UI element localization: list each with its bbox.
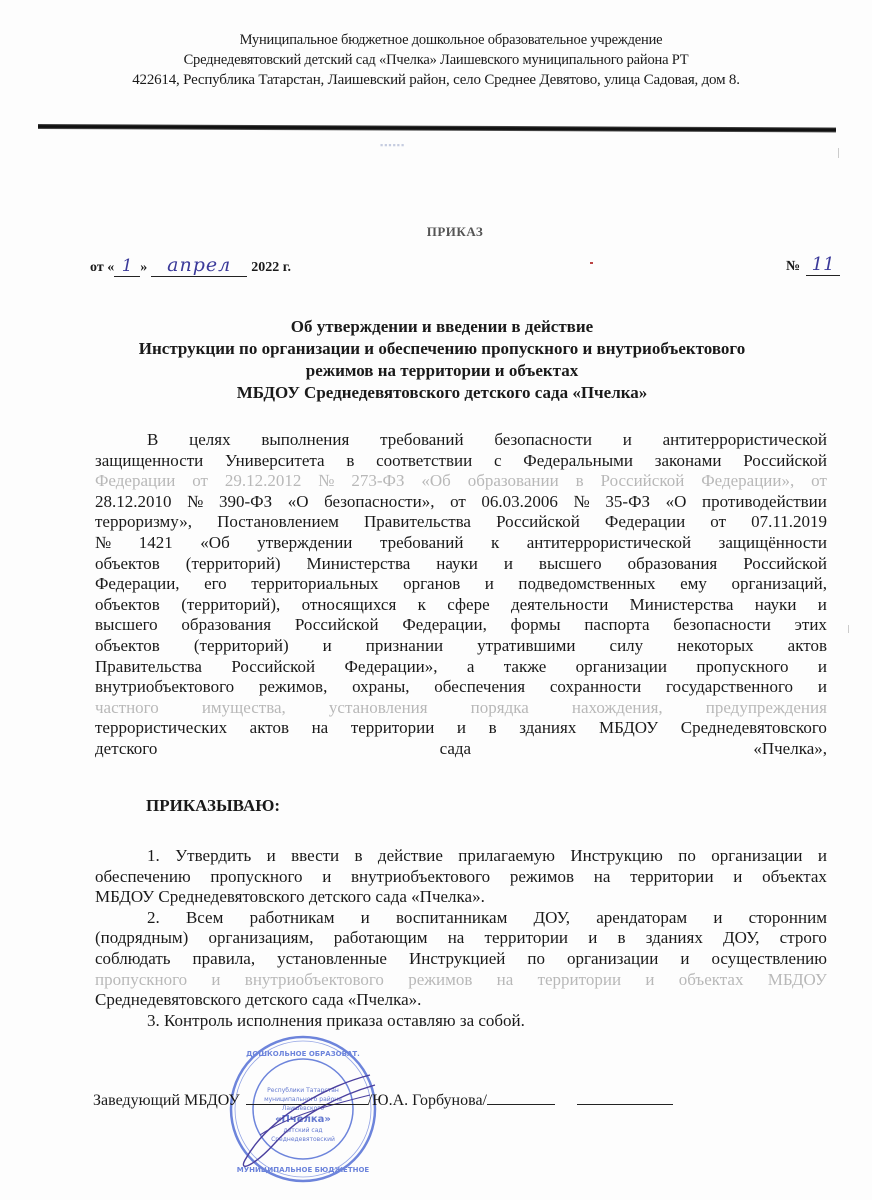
word: действие [378, 846, 443, 867]
word: на [497, 970, 514, 991]
order-title: ПРИКАЗ [0, 224, 872, 240]
item-2-line: Среднедевятовского детского сада «Пчелка… [95, 990, 827, 1011]
date-year: 2022 г. [251, 260, 291, 276]
word: Правительства [95, 657, 202, 678]
word: установленные [277, 949, 387, 970]
org-address-line: 422614, Республика Татарстан, Лаишевский… [0, 70, 872, 90]
word: в [618, 928, 626, 949]
word: В [147, 430, 158, 451]
word: и [211, 970, 220, 991]
word: порядка [471, 698, 529, 719]
word: № [318, 471, 334, 492]
word: МБДОУ [599, 718, 658, 739]
word: образовании [468, 471, 559, 492]
text-line: внутриобъектовогорежимов,охраны,обеспече… [95, 677, 827, 698]
scan-artifact [838, 148, 839, 158]
word: целях [189, 430, 230, 451]
word: Постановлением [217, 512, 339, 533]
word: Российской [601, 471, 685, 492]
word: науки [436, 554, 478, 575]
word: Федерации, [95, 574, 180, 595]
word: паспорта [584, 615, 649, 636]
scan-artifact [848, 625, 849, 633]
word: Российской [743, 554, 827, 575]
text-line: высшегообразованияРоссийскойФедерации,фо… [95, 615, 827, 636]
item-1-line: 1.УтвердитьиввестивдействиеприлагаемуюИн… [95, 846, 827, 867]
letterhead-divider [38, 124, 836, 132]
text-line: Федерации,еготерриториальныхоргановиподв… [95, 574, 827, 595]
text-line: Федерацииот29.12.2012№273-ФЗ«Обобразован… [95, 471, 827, 492]
date-month-handwritten: апрел [151, 254, 247, 277]
word: соответствии [376, 451, 472, 472]
word: на [312, 718, 329, 739]
word: (подрядным) [95, 928, 188, 949]
word: по [527, 949, 545, 970]
text-line: детского сада «Пчелка», [95, 739, 827, 760]
word: Среднедевятовского [681, 718, 827, 739]
word: в [576, 471, 584, 492]
word: террористических [95, 718, 227, 739]
word: Федерации», [701, 471, 794, 492]
subject-line: режимов на территории и объектах [12, 360, 872, 382]
word: (территорий) [186, 554, 281, 575]
item-2-line: 2.ВсемработникамивоспитанникамДОУ,аренда… [95, 908, 827, 929]
word: Федерации [95, 471, 175, 492]
word: и [323, 636, 332, 657]
text-line: террористическихактовнатерриторииивздани… [95, 718, 827, 739]
word: и [485, 574, 494, 595]
word: ему [680, 574, 707, 595]
text-line: Вцеляхвыполнениятребованийбезопасностииа… [95, 430, 827, 451]
word: высшего [539, 554, 602, 575]
org-subname-line: Среднедевятовский детский сад «Пчелка» Л… [0, 50, 872, 70]
word: от [710, 512, 726, 533]
word: безопасности», [324, 492, 434, 513]
word: осуществлению [711, 949, 827, 970]
word: и [623, 430, 632, 451]
word: силу [610, 636, 644, 657]
word: 28.12.2010 [95, 492, 172, 513]
order-number: № 11 [786, 254, 840, 276]
word: предупреждения [706, 698, 827, 719]
word: 1421 [139, 533, 173, 554]
date-day-handwritten: 1 [114, 256, 140, 277]
word: имущества, [202, 698, 286, 719]
word: сфере [447, 595, 489, 616]
word: «О [288, 492, 309, 513]
word: внутриобъектового [351, 867, 490, 888]
word: строго [780, 928, 827, 949]
word: образования [181, 615, 271, 636]
word: № [574, 492, 590, 513]
word: терроризму», [95, 512, 192, 533]
word: «Об [200, 533, 229, 554]
word: законами [655, 451, 722, 472]
word: и [680, 949, 689, 970]
word: «О [666, 492, 687, 513]
word: деятельности [511, 595, 608, 616]
order-date: от « 1 » апрел 2022 г. [90, 254, 291, 277]
text-line-content: Среднедевятовского детского сада «Пчелка… [95, 990, 421, 1009]
number-label: № [786, 259, 800, 275]
order-directive-heading: ПРИКАЗЫВАЮ: [146, 796, 280, 816]
word: также [504, 657, 547, 678]
word: Инструкцию [570, 846, 663, 867]
word: Российской [743, 451, 827, 472]
word: утратившими [477, 636, 575, 657]
text-line: объектов(территорий),относящихсяксфереде… [95, 595, 827, 616]
word: а [467, 657, 475, 678]
date-prefix: от « [90, 260, 114, 276]
stray-mark [590, 262, 593, 264]
word: ввести [291, 846, 339, 867]
word: и [818, 846, 827, 867]
word: признании [366, 636, 443, 657]
word: противодействии [702, 492, 827, 513]
word: Российской [231, 657, 315, 678]
word: и [818, 657, 827, 678]
item-2-line: пропускногоивнутриобъектовогорежимовнате… [95, 970, 827, 991]
word: прилагаемую [458, 846, 555, 867]
word: Инструкцией [409, 949, 505, 970]
word: к [418, 595, 426, 616]
word: актов [250, 718, 289, 739]
word: объектов [95, 636, 160, 657]
word: на [448, 928, 465, 949]
order-items: 1.УтвердитьиввестивдействиеприлагаемуюИн… [95, 846, 827, 1031]
word: и [645, 970, 654, 991]
word: режимов, [259, 677, 327, 698]
word: и [818, 677, 827, 698]
word: этих [795, 615, 827, 636]
word: 273-ФЗ [351, 471, 404, 492]
word: ДОУ, [723, 928, 759, 949]
word: Федерации, [402, 615, 487, 636]
word: государственного [666, 677, 793, 698]
text-line-content: МБДОУ Среднедевятовского детского сада «… [95, 887, 485, 906]
word: относящихся [302, 595, 397, 616]
word: Федерации», [344, 657, 437, 678]
word: территории [351, 718, 434, 739]
word: организаций, [731, 574, 827, 595]
subject-line: МБДОУ Среднедевятовского детского сада «… [12, 382, 872, 404]
signature-row: Заведующий МБДОУ /Ю.А. Горбунова/ [93, 1090, 813, 1110]
word: ДОУ, [534, 908, 570, 929]
item-2-line: соблюдатьправила,установленныеИнструкцие… [95, 949, 827, 970]
word: территории [485, 928, 568, 949]
word: арендаторам [596, 908, 687, 929]
word: организации [567, 949, 658, 970]
handwritten-signature-icon [230, 1065, 380, 1175]
word: Всем [186, 908, 223, 929]
word: пропускного [210, 867, 302, 888]
word: объектов [95, 595, 160, 616]
text-line: 28.12.2010№390-ФЗ«Обезопасности»,от06.03… [95, 492, 827, 513]
word: в [489, 718, 497, 739]
word: (территорий) [194, 636, 289, 657]
word: режимов [408, 970, 472, 991]
signatory-position: Заведующий МБДОУ [93, 1092, 240, 1110]
word: объектах [679, 970, 744, 991]
word: пропускного [696, 657, 788, 678]
word: и [713, 908, 722, 929]
word: Министерства [630, 595, 734, 616]
org-name-line: Муниципальное бюджетное дошкольное образ… [0, 30, 872, 50]
word: Федерации [605, 512, 685, 533]
word: № [95, 533, 111, 554]
word: от [811, 471, 827, 492]
word: утверждении [257, 533, 352, 554]
word: 2. [147, 908, 160, 929]
word: 07.11.2019 [751, 512, 827, 533]
item-2-line: (подрядным)организациям,работающимнатерр… [95, 928, 827, 949]
signature-blank [246, 1090, 368, 1105]
word: в [346, 451, 354, 472]
subject-line: Инструкции по организации и обеспечению … [12, 338, 872, 360]
word: по [678, 846, 696, 867]
text-line-content: детского сада «Пчелка», [95, 739, 827, 758]
word: от [450, 492, 466, 513]
date-mid: » [140, 260, 147, 276]
word: обеспечения [434, 677, 525, 698]
word: и [588, 928, 597, 949]
word: соблюдать [95, 949, 171, 970]
word: 06.03.2006 [481, 492, 558, 513]
word: 390-ФЗ [219, 492, 272, 513]
word: антитеррористической [527, 533, 691, 554]
word: сохранности [550, 677, 641, 698]
subject-line: Об утверждении и введении в действие [12, 316, 872, 338]
word: 35-ФЗ [605, 492, 650, 513]
word: объектах [762, 867, 827, 888]
word: защищенности [95, 451, 203, 472]
text-line-content: 3. Контроль исполнения приказа оставляю … [147, 1011, 525, 1030]
text-line: ПравительстваРоссийскойФедерации»,атакже… [95, 657, 827, 678]
word: Российской [295, 615, 379, 636]
word: установления [329, 698, 428, 719]
text-line: объектов(территорий)Министерстванаукиивы… [95, 554, 827, 575]
word: режимов [510, 867, 574, 888]
word: защищённости [719, 533, 827, 554]
item-1-line: обеспечениюпропускногоивнутриобъектового… [95, 867, 827, 888]
word: выполнения [261, 430, 349, 451]
word: безопасности [673, 615, 771, 636]
word: и [457, 718, 466, 739]
word: безопасности [494, 430, 592, 451]
word: организациям, [209, 928, 314, 949]
document-page: Муниципальное бюджетное дошкольное образ… [0, 0, 872, 1200]
word: и [818, 595, 827, 616]
word: зданиях [646, 928, 703, 949]
word: территории [630, 867, 713, 888]
word: от [192, 471, 208, 492]
word: и [267, 846, 276, 867]
word: актов [788, 636, 827, 657]
number-handwritten: 11 [806, 254, 840, 276]
word: Университета [225, 451, 325, 472]
word: охраны, [352, 677, 409, 698]
word: частного [95, 698, 159, 719]
word: и [733, 867, 742, 888]
word: подведомственных [518, 574, 655, 595]
word: и [322, 867, 331, 888]
word: образования [628, 554, 718, 575]
word: внутриобъектового [245, 970, 384, 991]
word: требований [380, 430, 463, 451]
word: антитеррористической [663, 430, 827, 451]
word: пропускного [95, 970, 187, 991]
word: Утвердить [175, 846, 251, 867]
word: воспитанникам [396, 908, 507, 929]
word: органов [403, 574, 460, 595]
word: требований [380, 533, 463, 554]
letterhead: Муниципальное бюджетное дошкольное образ… [0, 30, 872, 90]
word: Российской [496, 512, 580, 533]
word: территории [538, 970, 621, 991]
word: некоторых [677, 636, 753, 657]
word: зданиях [519, 718, 576, 739]
faint-bleed-mark: ▪▪▪▪▪▪ [380, 140, 405, 150]
word: правила, [193, 949, 256, 970]
order-subject: Об утверждении и введении в действие Инс… [0, 316, 872, 404]
word: (территорий), [181, 595, 280, 616]
word: обеспечению [95, 867, 191, 888]
word: и [504, 554, 513, 575]
svg-text:ДОШКОЛЬНОЕ ОБРАЗОВАТ.: ДОШКОЛЬНОЕ ОБРАЗОВАТ. [246, 1050, 360, 1058]
word: к [491, 533, 499, 554]
word: объектов [95, 554, 160, 575]
word: его [204, 574, 227, 595]
word: организации [711, 846, 802, 867]
word: и [361, 908, 370, 929]
word: организации [576, 657, 667, 678]
text-line: частногоимущества,установленияпорядканах… [95, 698, 827, 719]
text-line: объектов(территорий)ипризнанииутратившим… [95, 636, 827, 657]
item-1-line: МБДОУ Среднедевятовского детского сада «… [95, 887, 827, 908]
word: Министерства [307, 554, 411, 575]
word: МБДОУ [768, 970, 827, 991]
word: 1. [147, 846, 160, 867]
text-line: №1421«Обутверждениитребованийкантитеррор… [95, 533, 827, 554]
word: работникам [250, 908, 335, 929]
text-line: терроризму»,ПостановлениемПравительстваР… [95, 512, 827, 533]
word: в [355, 846, 363, 867]
text-line: защищенностиУниверситетавсоответствиисФе… [95, 451, 827, 472]
preamble-paragraph: Вцеляхвыполнениятребованийбезопасностииа… [95, 430, 827, 760]
signature-blank [487, 1090, 555, 1105]
signature-blank [577, 1090, 673, 1105]
word: Федеральными [523, 451, 633, 472]
word: территориальных [251, 574, 378, 595]
word: науки [755, 595, 797, 616]
word: на [594, 867, 611, 888]
word: «Об [421, 471, 450, 492]
word: сторонним [749, 908, 827, 929]
word: формы [511, 615, 561, 636]
word: с [494, 451, 502, 472]
word: работающим [334, 928, 428, 949]
word: высшего [95, 615, 158, 636]
signatory-name: /Ю.А. Горбунова/ [368, 1092, 487, 1110]
word: нахождения, [572, 698, 663, 719]
word: Правительства [364, 512, 471, 533]
item-3-line: 3. Контроль исполнения приказа оставляю … [95, 1011, 827, 1032]
word: внутриобъектового [95, 677, 234, 698]
word: 29.12.2012 [225, 471, 302, 492]
word: № [187, 492, 203, 513]
